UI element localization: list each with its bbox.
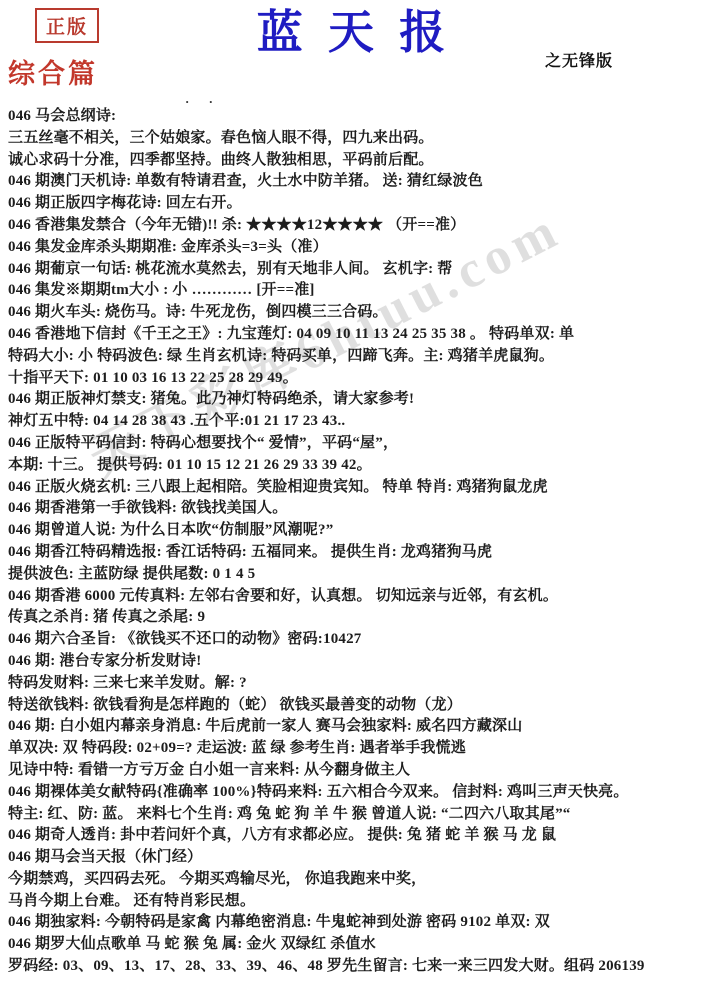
report-line: 三五丝毫不相关，三个姑娘家。春色恼人眼不得，四九来出码。 [8,128,702,150]
report-line: 046 期奇人透肖: 卦中若问奸个真，八方有求都必应。 提供: 兔 猪 蛇 羊 … [8,825,702,847]
report-line: 046 期裸体美女献特码{准确率 100%}特码来料: 五六相合今双来。 信封料… [8,782,702,804]
report-line: 046 期马会当天报（休门经） [8,847,702,869]
report-line: 046 期澳门天机诗: 单数有特请君查，火土水中防羊猪。 送: 猜红绿波色 [8,171,702,193]
report-line: 046 期香江特码精选报: 香江话特码: 五福同来。 提供生肖: 龙鸡猪狗马虎 [8,542,702,564]
report-line: 046 期罗大仙点歌单 马 蛇 猴 兔 属: 金火 双绿红 杀值水 [8,934,702,956]
report-line: 046 期正版四字梅花诗: 回左右开。 [8,193,702,215]
report-line: 046 正版火烧玄机: 三八跟上起相陪。笑脸相迎贵宾知。 特单 特肖: 鸡猪狗鼠… [8,477,702,499]
edition-subtitle: 之无锋版 [545,48,613,71]
section-heading: 综合篇 [8,52,98,91]
report-line: 046 期香港第一手欲钱料: 欲钱找美国人。 [8,498,702,520]
report-line: 046 期曾道人说: 为什么日本吹“仿制服”风潮呢?” [8,520,702,542]
report-line: 单双决: 双 特码段: 02+09=? 走运波: 蓝 绿 参考生肖: 遇者举手我… [8,738,702,760]
report-line: 046 集发金库杀头期期准: 金库杀头=3=头（准） [8,237,702,259]
report-line: 046 集发※期期tm大小 : 小 ………… [开==准] [8,280,702,302]
report-line: 传真之杀肖: 猪 传真之杀尾: 9 [8,607,702,629]
report-line: 046 期香港 6000 元传真料: 左邻右舍要和好，认真想。 切知远亲与近邻，… [8,586,702,608]
report-line: 特主: 红、防: 蓝。 来料七个生肖: 鸡 兔 蛇 狗 羊 牛 猴 曾道人说: … [8,804,702,826]
report-line: 马肖今期上台难。 还有特肖彩民想。 [8,891,702,913]
report-line: 046 期火车头: 烧伤马。诗: 牛死龙伤，倒四模三三合码。 [8,302,702,324]
report-line: 见诗中特: 看错一方亏万金 白小姐一言来料: 从今翻身做主人 [8,760,702,782]
report-line: 046 香港集发禁合（今年无错)!! 杀: ★★★★12★★★★ （开==准） [8,215,702,237]
report-line: 046 马会总纲诗: [8,106,702,128]
report-line: 今期禁鸡，买四码去死。 今期买鸡输尽光， 你追我跑来中奖， [8,869,702,891]
report-line: 046 期六合圣旨: 《欲钱买不还口的动物》密码:10427 [8,629,702,651]
report-line: 046 期葡京一句话: 桃花流水莫然去，别有天地非人间。 玄机字: 帮 [8,259,702,281]
report-line: 罗码经: 03、09、13、17、28、33、39、46、48 罗先生留言: 七… [8,956,702,978]
report-line: 十指平天下: 01 10 03 16 13 22 25 28 29 49。 [8,368,702,390]
report-body: 046 马会总纲诗: 三五丝毫不相关，三个姑娘家。春色恼人眼不得，四九来出码。 … [8,106,702,978]
report-line: 046 正版特平码信封: 特码心想要找个“ 爱情”，平码“屋”， [8,433,702,455]
report-line: 046 香港地下信封《千王之王》: 九宝莲灯: 04 09 10 11 13 2… [8,324,702,346]
report-line: 特码大小: 小 特码波色: 绿 生肖玄机诗: 特码买单，四蹄飞奔。主: 鸡猪羊虎… [8,346,702,368]
report-line: 特码发财料: 三来七来羊发财。解: ? [8,673,702,695]
report-line: 提供波色: 主蓝防绿 提供尾数: 0 1 4 5 [8,564,702,586]
report-line: 神灯五中特: 04 14 28 38 43 .五个平:01 21 17 23 4… [8,411,702,433]
report-line: 046 期独家料: 今朝特码是家禽 内幕绝密消息: 牛鬼蛇神到处游 密码 910… [8,912,702,934]
report-line: 046 期: 白小姐内幕亲身消息: 牛后虎前一家人 赛马会独家料: 威名四方藏深… [8,716,702,738]
report-line: 046 期正版神灯禁支: 猪兔。此乃神灯特码绝杀，请大家参考! [8,389,702,411]
report-line: 046 期: 港台专家分析发财诗! [8,651,702,673]
blue-sky-report-page: 天下彩库6htuu.com 正版 蓝天报 之无锋版 综合篇 · · 046 马会… [0,0,702,1007]
report-line: 本期: 十三。 提供号码: 01 10 15 12 21 26 29 33 39… [8,455,702,477]
report-line: 诚心求码十分准，四季都坚持。曲终人散独相思，平码前后配。 [8,150,702,172]
report-line: 特送欲钱料: 欲钱看狗是怎样跑的（蛇） 欲钱买最善变的动物（龙） [8,695,702,717]
